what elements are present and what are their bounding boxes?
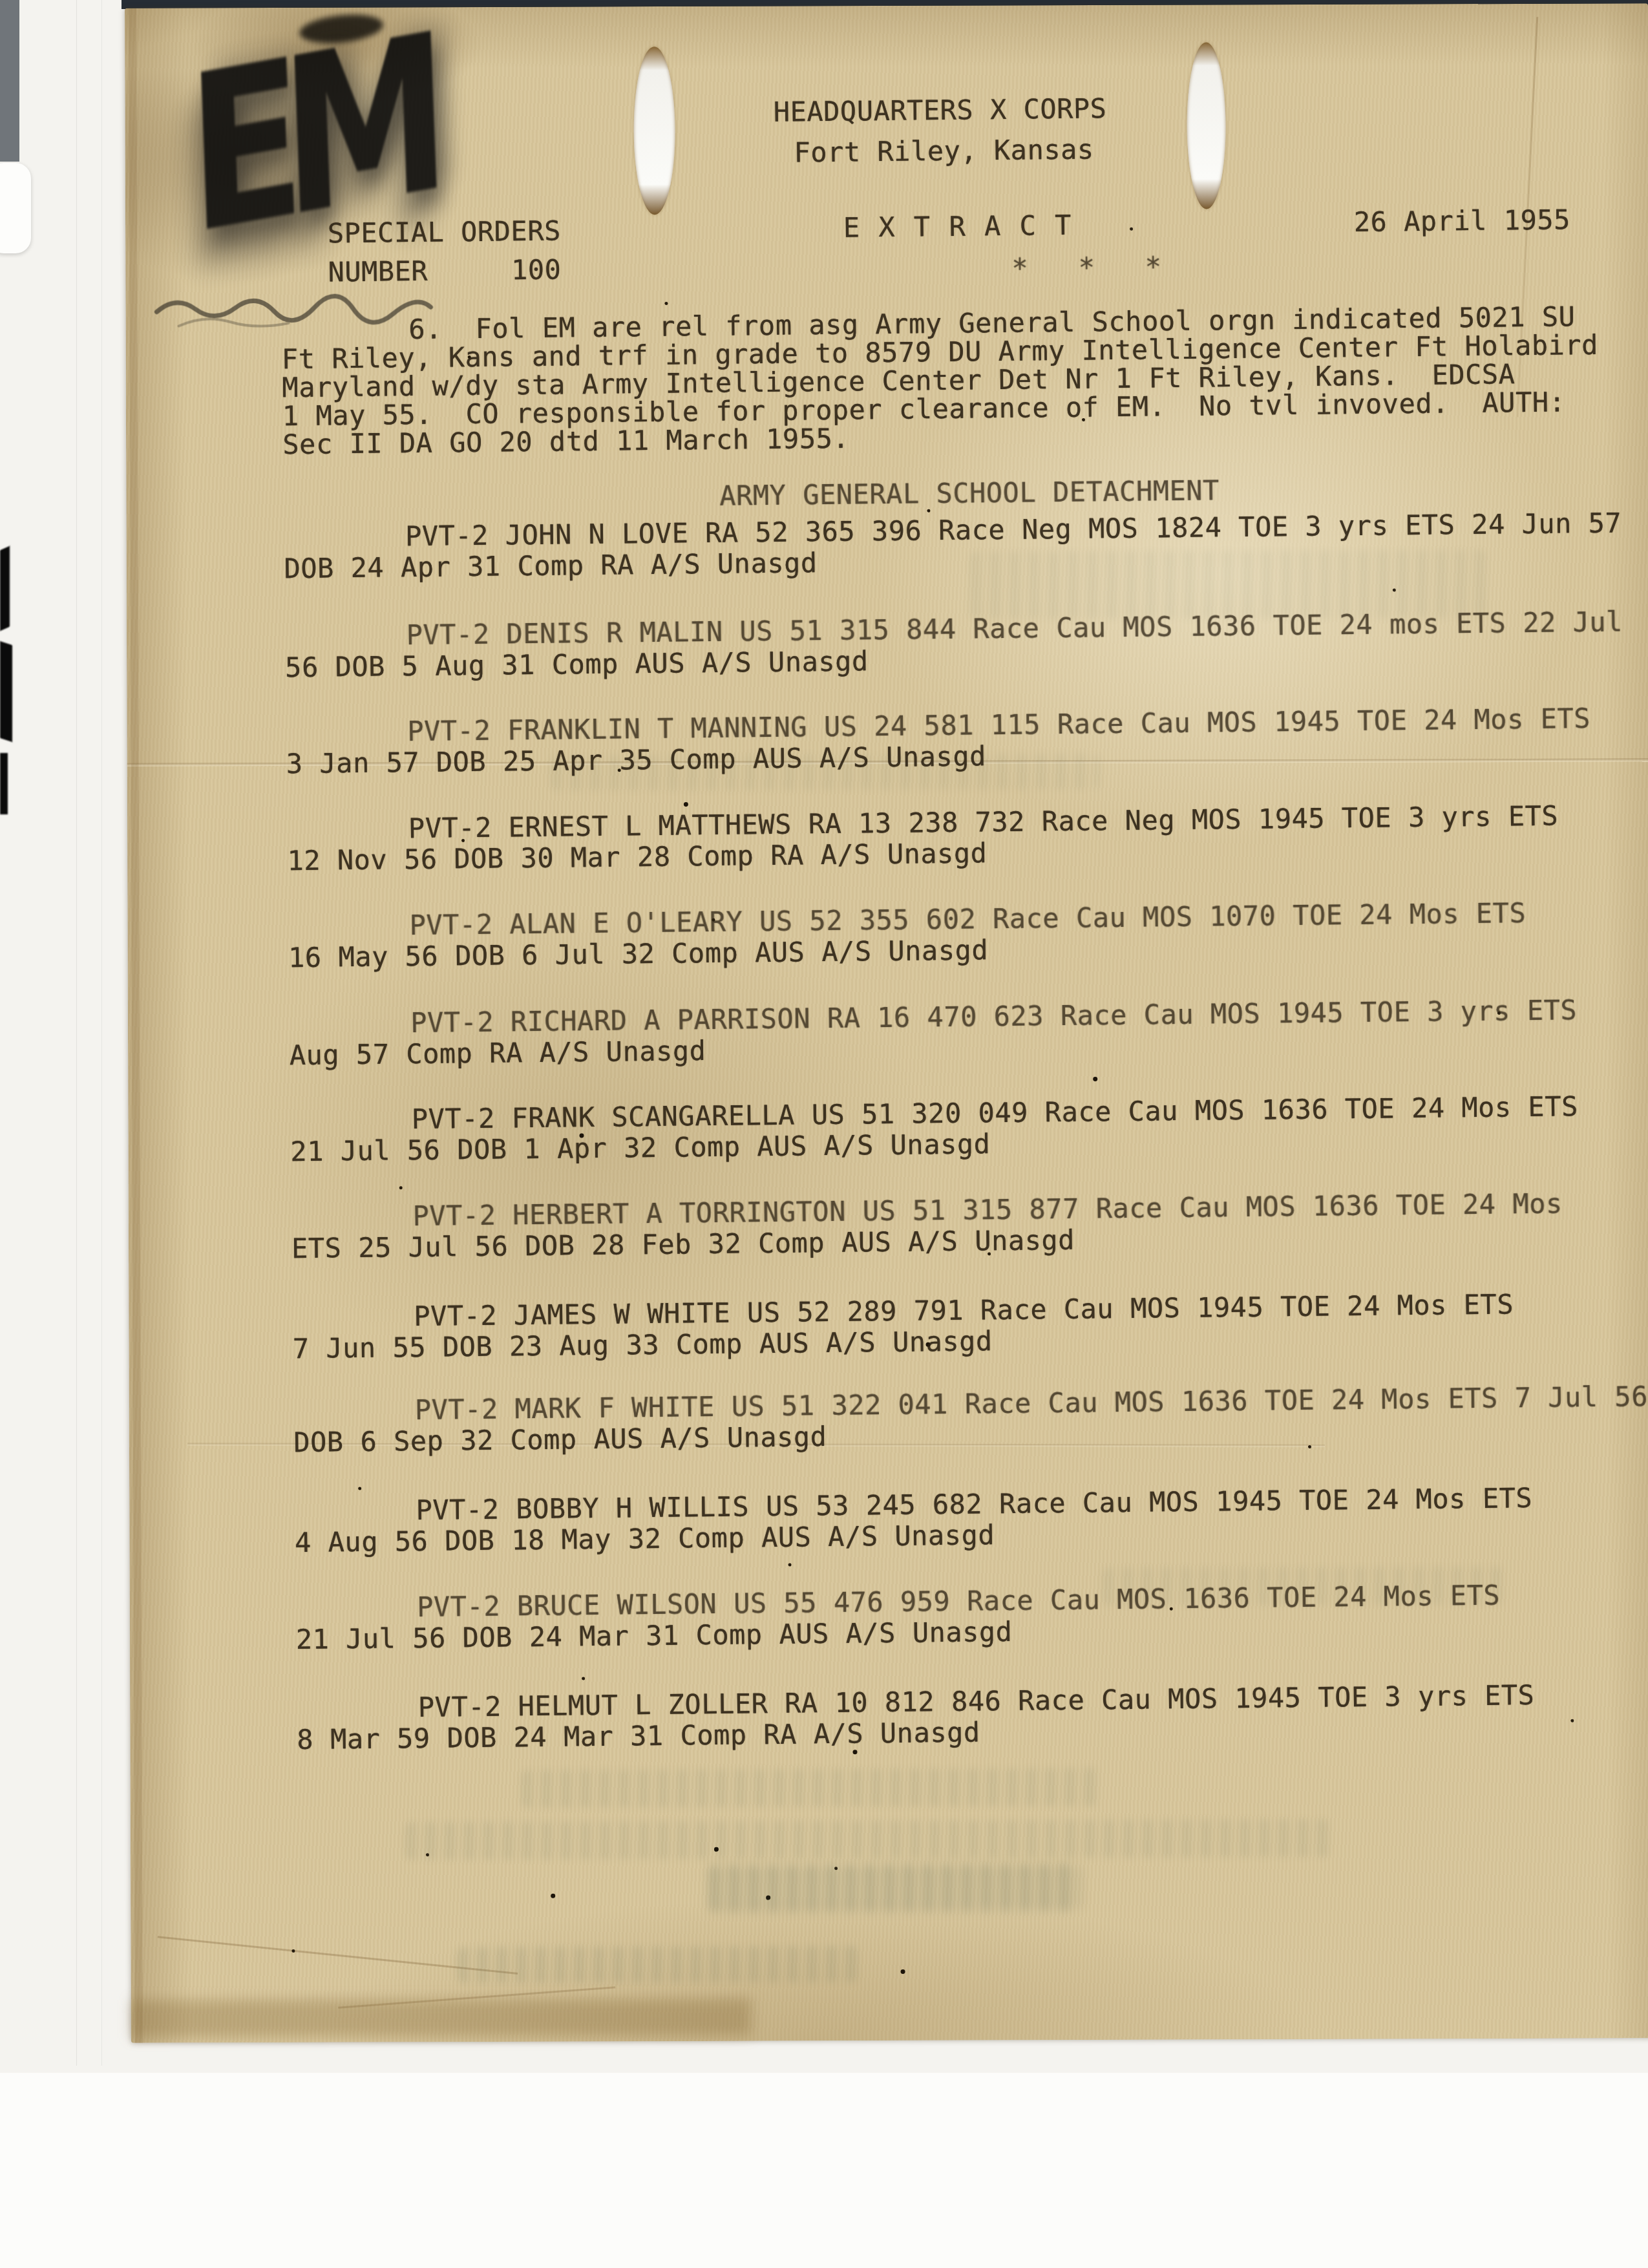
- binder-edge: [0, 0, 19, 2268]
- orders-number: NUMBER 100: [328, 255, 561, 286]
- roster-entry-line: PVT-2 BRUCE WILSON US 55 476 959 Race Ca…: [417, 1582, 1500, 1622]
- header-unit: HEADQUARTERS X CORPS: [774, 94, 1107, 127]
- roster-entry-line: 56 DOB 5 Aug 31 Comp AUS A/S Unasgd: [285, 647, 869, 682]
- edge-marker-fragment: [0, 546, 10, 631]
- roster-entry-line: PVT-2 MARK F WHITE US 51 322 041 Race Ca…: [415, 1383, 1648, 1425]
- roster-entry-line: 16 May 56 DOB 6 Jul 32 Comp AUS A/S Unas…: [288, 936, 988, 972]
- binder-edge-tab: [0, 163, 31, 253]
- header-location: Fort Riley, Kansas: [794, 135, 1094, 167]
- roster-entry-line: 3 Jan 57 DOB 25 Apr 35 Comp AUS A/S Unas…: [286, 742, 986, 778]
- roster-entry-line: 21 Jul 56 DOB 24 Mar 31 Comp AUS A/S Una…: [295, 1618, 1012, 1654]
- binder-edge-corner: [0, 0, 19, 162]
- section-heading: ARMY GENERAL SCHOOL DETACHMENT: [719, 476, 1220, 511]
- roster-entry-line: 21 Jul 56 DOB 1 Apr 32 Comp AUS A/S Unas…: [290, 1130, 990, 1166]
- edge-marker-fragment: [0, 753, 8, 814]
- order-date: 26 April 1955: [1353, 206, 1570, 237]
- extract-label: E X T R A C T: [843, 211, 1073, 242]
- roster-entry-line: PVT-2 JOHN N LOVE RA 52 365 396 Race Neg…: [405, 509, 1622, 551]
- sleeve-seam-vertical: [76, 0, 102, 2066]
- special-orders-label: SPECIAL ORDERS: [328, 217, 561, 248]
- sleeve-bottom-edge: [0, 2064, 1648, 2073]
- roster-entry-line: Aug 57 Comp RA A/S Unasgd: [290, 1037, 706, 1070]
- ink-specks: [125, 8, 127, 10]
- roster-entry-line: 12 Nov 56 DOB 30 Mar 28 Comp RA A/S Unas…: [287, 839, 987, 875]
- scanner-background: [0, 2073, 1648, 2268]
- roster-entry-line: DOB 6 Sep 32 Comp AUS A/S Unasgd: [293, 1423, 827, 1457]
- roster-entry-line: ETS 25 Jul 56 DOB 28 Feb 32 Comp AUS A/S…: [291, 1226, 1075, 1263]
- roster-entry-line: PVT-2 DENIS R MALIN US 51 315 844 Race C…: [406, 608, 1623, 650]
- document-page: EM HEADQUARTERS X CORPS Fort Riley, Kans…: [125, 3, 1648, 2042]
- roster-entry-line: 7 Jun 55 DOB 23 Aug 33 Comp AUS A/S Unas…: [293, 1327, 993, 1363]
- roster-entry-line: PVT-2 RICHARD A PARRISON RA 16 470 623 R…: [410, 996, 1577, 1037]
- scan-background: EM HEADQUARTERS X CORPS Fort Riley, Kans…: [0, 0, 1648, 2268]
- extract-asterisks: * * *: [1011, 253, 1162, 283]
- paragraph-line: Sec II DA GO 20 dtd 11 March 1955.: [282, 425, 849, 460]
- roster-entry-line: PVT-2 FRANK SCANGARELLA US 51 320 049 Ra…: [412, 1092, 1578, 1134]
- edge-marker-fragment: [0, 641, 12, 742]
- roster-entry-line: PVT-2 FRANKLIN T MANNING US 24 581 115 R…: [407, 705, 1590, 746]
- typewritten-text-layer: HEADQUARTERS X CORPS Fort Riley, Kansas …: [125, 0, 1648, 2050]
- roster-entry-line: 4 Aug 56 DOB 18 May 32 Comp AUS A/S Unas…: [295, 1521, 995, 1557]
- roster-entry-line: DOB 24 Apr 31 Comp RA A/S Unasgd: [284, 549, 818, 583]
- roster-entry-line: 8 Mar 59 DOB 24 Mar 31 Comp RA A/S Unasg…: [297, 1718, 980, 1754]
